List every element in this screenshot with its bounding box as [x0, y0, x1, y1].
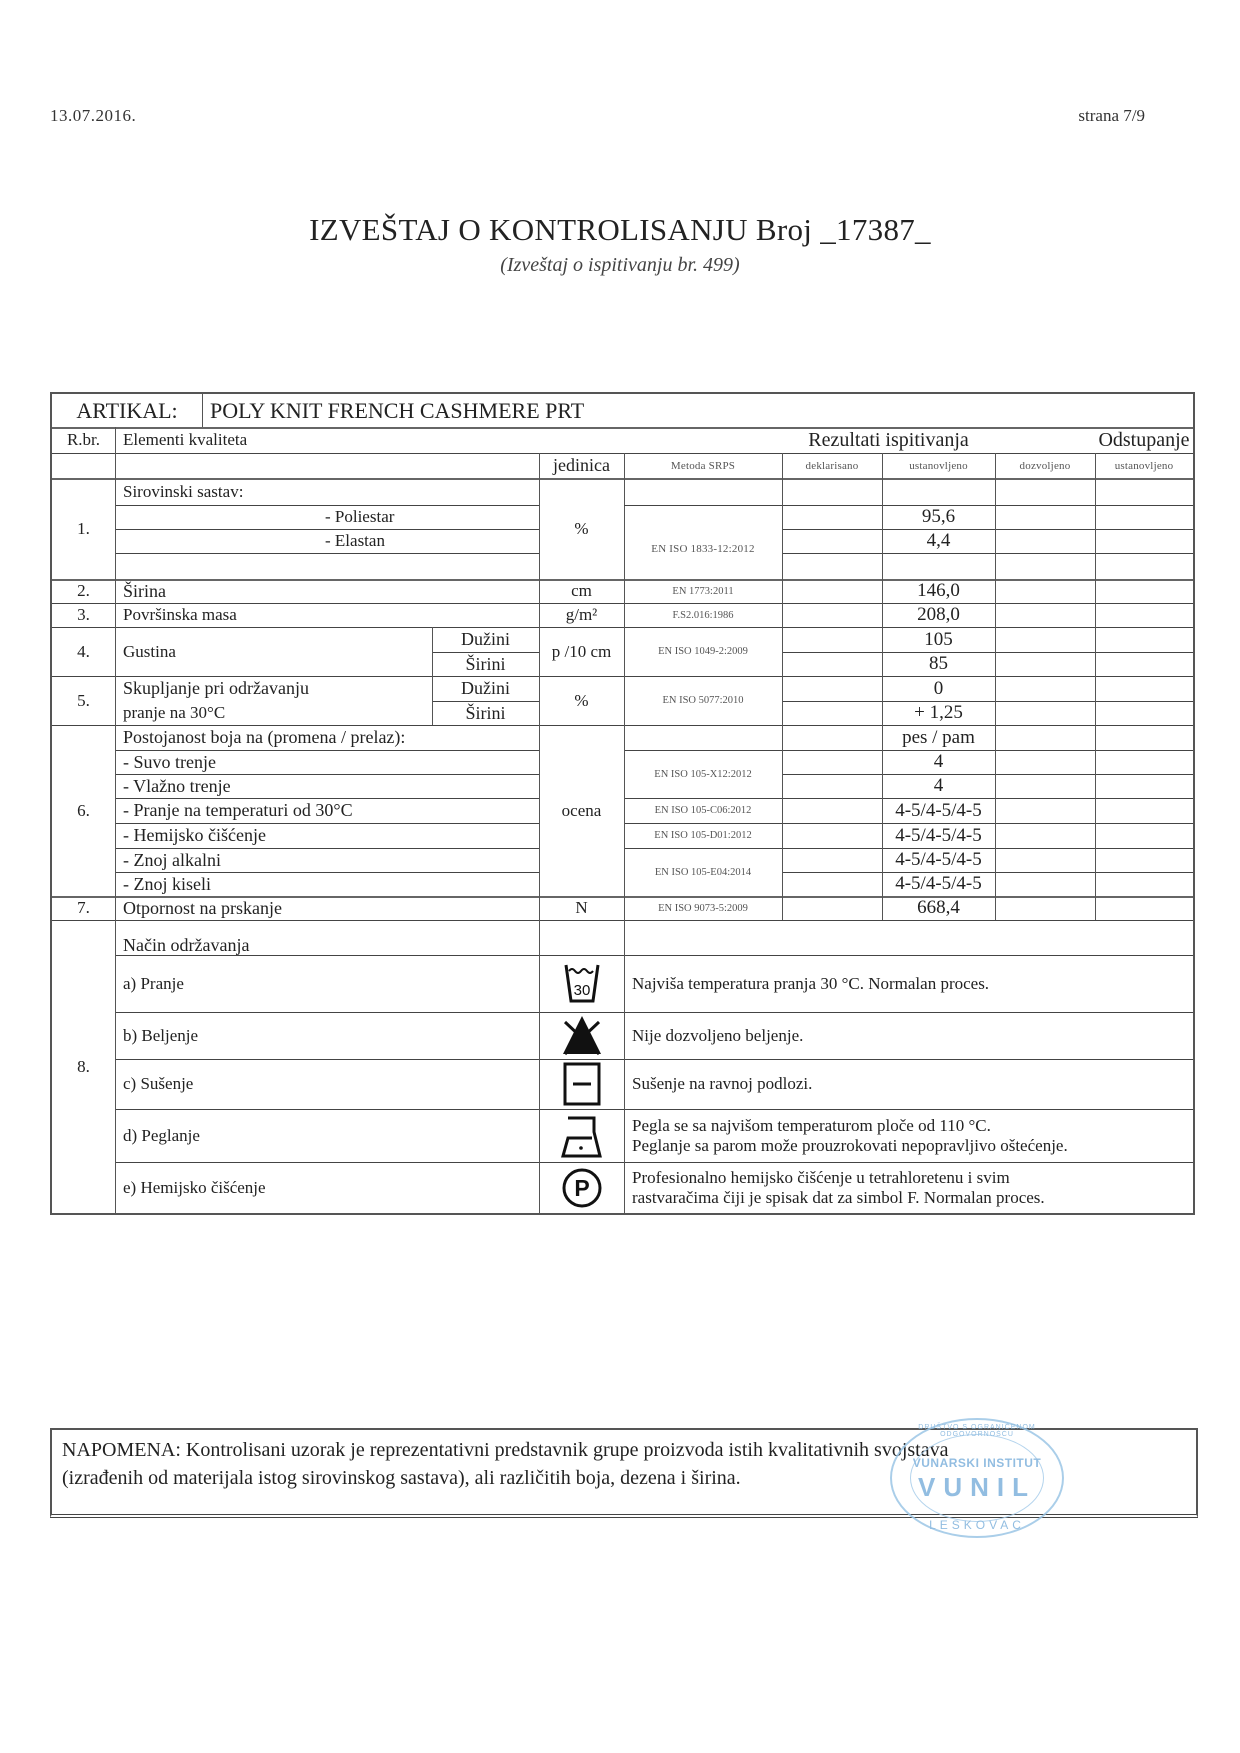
header-ustanovljeno-odstupanje: ustanovljeno	[1095, 453, 1193, 478]
row2-label: Širina	[115, 579, 543, 603]
row3-unit: g/m²	[539, 603, 624, 627]
row5-label-line2: pranje na 30°C	[115, 701, 423, 725]
quality-table: ARTIKAL: POLY KNIT FRENCH CASHMERE PRT R…	[50, 392, 1195, 1215]
stamp-line2: VUNIL	[892, 1472, 1062, 1503]
row4-value-duzini: 105	[882, 627, 995, 652]
row7-num: 7.	[52, 896, 115, 920]
row6-value-suvo: 4	[882, 750, 995, 774]
row4-method: EN ISO 1049-2:2009	[624, 627, 782, 676]
row6-method-x12: EN ISO 105-X12:2012	[624, 750, 782, 798]
row6-method-e04: EN ISO 105-E04:2014	[624, 848, 782, 896]
row3-value: 208,0	[882, 603, 995, 627]
row6-value-vlazno: 4	[882, 774, 995, 798]
row1-unit: %	[539, 478, 624, 579]
row1-value-elastan: 4,4	[882, 529, 995, 553]
care-hemijsko-label: e) Hemijsko čišćenje	[115, 1162, 543, 1213]
row5-sub-duzini: Dužini	[432, 676, 539, 701]
row4-value-sirini: 85	[882, 652, 995, 676]
report-subtitle: (Izveštaj o ispitivanju br. 499)	[0, 254, 1240, 277]
care-susenje-label: c) Sušenje	[115, 1059, 543, 1109]
header-jedinica: jedinica	[539, 453, 624, 478]
row6-unit: ocena	[539, 725, 624, 896]
row2-unit: cm	[539, 579, 624, 603]
header-elementi: Elementi kvaliteta	[115, 427, 523, 453]
row6-item-pranje: - Pranje na temperaturi od 30°C	[115, 798, 543, 823]
care-hemijsko-desc-line1: Profesionalno hemijsko čišćenje u tetrah…	[632, 1168, 1010, 1188]
row1-num: 1.	[52, 478, 115, 579]
row6-method-d01: EN ISO 105-D01:2012	[624, 823, 782, 848]
row2-method: EN 1773:2011	[624, 579, 782, 603]
row5-num: 5.	[52, 676, 115, 725]
row6-method-c06: EN ISO 105-C06:2012	[624, 798, 782, 823]
row5-unit: %	[539, 676, 624, 725]
row7-unit: N	[539, 896, 624, 920]
svg-text:30: 30	[573, 982, 590, 999]
row4-unit: p /10 cm	[539, 627, 624, 676]
row6-num: 6.	[52, 725, 115, 896]
row5-value-duzini: 0	[882, 676, 995, 701]
care-susenje-desc: Sušenje na ravnoj podlozi.	[624, 1059, 1192, 1109]
row6-label: Postojanost boja na (promena / prelaz):	[115, 725, 543, 750]
care-peglanje-label: d) Peglanje	[115, 1109, 543, 1162]
row6-value-alkalni: 4-5/4-5/4-5	[882, 848, 995, 872]
care-pranje-label: a) Pranje	[115, 955, 543, 1012]
row2-num: 2.	[52, 579, 115, 603]
stamp-line3: LESKOVAC	[892, 1518, 1062, 1532]
artikal-label: ARTIKAL:	[52, 394, 202, 427]
row3-num: 3.	[52, 603, 115, 627]
row4-sub-duzini: Dužini	[432, 627, 539, 652]
row2-value: 146,0	[882, 579, 995, 603]
header-odstupanje: Odstupanje	[1095, 427, 1193, 453]
row5-sub-sirini: Širini	[432, 701, 539, 725]
row1-value-poliestar: 95,6	[882, 505, 995, 529]
header-ustanovljeno: ustanovljeno	[882, 453, 995, 478]
row8-num: 8.	[52, 920, 115, 1213]
no-bleach-icon	[539, 1012, 624, 1059]
row6-item-suvo-trenje: - Suvo trenje	[115, 750, 543, 774]
row4-num: 4.	[52, 627, 115, 676]
care-peglanje-desc-line1: Pegla se sa najvišom temperaturom ploče …	[632, 1116, 991, 1136]
row6-header-value: pes / pam	[882, 725, 995, 750]
care-beljenje-label: b) Beljenje	[115, 1012, 543, 1059]
row6-value-kiseli: 4-5/4-5/4-5	[882, 872, 995, 896]
svg-text:P: P	[574, 1175, 589, 1201]
header-deklarisano: deklarisano	[782, 453, 882, 478]
dry-clean-p-icon: P	[539, 1162, 624, 1213]
row4-label: Gustina	[115, 627, 423, 676]
care-hemijsko-desc-line2: rastvaračima čiji je spisak dat za simbo…	[632, 1188, 1045, 1208]
row6-value-pranje: 4-5/4-5/4-5	[882, 798, 995, 823]
row6-item-znoj-alkalni: - Znoj alkalni	[115, 848, 543, 872]
header-rezultati: Rezultati ispitivanja	[782, 427, 995, 453]
row6-item-hemijsko: - Hemijsko čišćenje	[115, 823, 543, 848]
row5-value-sirini: + 1,25	[882, 701, 995, 725]
care-pranje-desc: Najviša temperatura pranja 30 °C. Normal…	[624, 955, 1192, 1012]
row5-method: EN ISO 5077:2010	[624, 676, 782, 725]
row5-label-line1: Skupljanje pri održavanju	[115, 676, 423, 701]
page-number: strana 7/9	[1078, 106, 1145, 126]
row1-label: Sirovinski sastav:	[115, 478, 543, 505]
iron-low-icon	[539, 1109, 624, 1162]
care-beljenje-desc: Nije dozvoljeno beljenje.	[624, 1012, 1192, 1059]
header-metoda: Metoda SRPS	[624, 453, 782, 478]
artikal-value: POLY KNIT FRENCH CASHMERE PRT	[202, 394, 1110, 427]
dry-flat-icon	[539, 1059, 624, 1109]
row6-item-vlazno-trenje: - Vlažno trenje	[115, 774, 543, 798]
header-rbr: R.br.	[52, 427, 115, 453]
report-title: IZVEŠTAJ O KONTROLISANJU Broj _17387_	[0, 212, 1240, 248]
stamp-top-text: DRUŠTVO S OGRANIČENOM ODGOVORNOŠĆU	[892, 1424, 1062, 1438]
row7-value: 668,4	[882, 896, 995, 920]
row7-label: Otpornost na prskanje	[115, 896, 543, 920]
stamp-line1: VUNARSKI INSTITUT	[892, 1456, 1062, 1470]
row3-label: Površinska masa	[115, 603, 543, 627]
row4-sub-sirini: Širini	[432, 652, 539, 676]
row7-method: EN ISO 9073-5:2009	[624, 896, 782, 920]
wash-30-icon: 30	[539, 955, 624, 1012]
row6-item-znoj-kiseli: - Znoj kiseli	[115, 872, 543, 896]
institute-stamp: DRUŠTVO S OGRANIČENOM ODGOVORNOŠĆU VUNAR…	[890, 1418, 1064, 1538]
header-dozvoljeno: dozvoljeno	[995, 453, 1095, 478]
row3-method: F.S2.016:1986	[624, 603, 782, 627]
report-date: 13.07.2016.	[50, 106, 136, 126]
row6-value-hemijsko: 4-5/4-5/4-5	[882, 823, 995, 848]
care-peglanje-desc-line2: Peglanje sa parom može prouzrokovati nep…	[632, 1136, 1068, 1156]
row1-method: EN ISO 1833-12:2012	[624, 519, 782, 579]
